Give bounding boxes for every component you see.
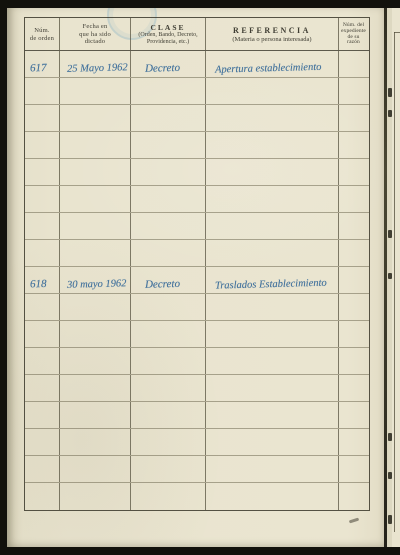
cell-expediente — [339, 402, 368, 428]
header-text: Núm. — [34, 27, 49, 35]
handwritten-entry: Decreto — [145, 62, 205, 75]
cell-expediente — [339, 321, 368, 347]
handwritten-entry — [67, 467, 130, 469]
cell-referencia — [206, 213, 339, 239]
handwritten-entry — [30, 414, 59, 415]
registry-table: Núm. de orden Fecha en que ha sido dicta… — [24, 17, 370, 511]
handwritten-entry — [215, 439, 338, 442]
stitch-mark — [388, 273, 392, 279]
cell-num-orden — [25, 294, 60, 320]
cell-clase — [131, 78, 206, 104]
header-title: REFERENCIA — [233, 26, 311, 36]
cell-expediente — [339, 78, 368, 104]
handwritten-entry — [30, 333, 59, 334]
cell-expediente — [339, 132, 368, 158]
cell-referencia — [206, 159, 339, 185]
handwritten-entry — [339, 63, 368, 64]
cell-referencia — [206, 402, 339, 428]
cell-expediente — [339, 51, 368, 77]
header-expediente: Núm. del expediente de su razón — [339, 18, 368, 50]
handwritten-entry — [67, 197, 130, 199]
cell-fecha — [60, 348, 131, 374]
handwritten-entry — [215, 250, 338, 253]
cell-num-orden — [25, 213, 60, 239]
handwritten-entry — [339, 117, 368, 118]
handwritten-entry — [215, 385, 338, 388]
header-text: dictado — [85, 38, 106, 46]
table-row — [25, 402, 369, 429]
cell-fecha — [60, 375, 131, 401]
header-clase: CLASE (Orden, Bando, Decreto, Providenci… — [131, 18, 206, 50]
cell-num-orden — [25, 132, 60, 158]
handwritten-entry — [215, 169, 338, 172]
handwritten-entry — [339, 414, 368, 415]
cell-clase — [131, 159, 206, 185]
handwritten-entry — [339, 468, 368, 469]
handwritten-entry — [145, 89, 205, 91]
handwritten-entry — [30, 90, 59, 91]
cell-referencia — [206, 105, 339, 131]
stitch-mark — [388, 515, 392, 524]
table-row — [25, 294, 369, 321]
cell-num-orden — [25, 321, 60, 347]
table-row: 618 30 mayo 1962 Decreto Traslados Estab… — [25, 267, 369, 294]
cell-fecha — [60, 402, 131, 428]
table-row — [25, 78, 369, 105]
cell-referencia — [206, 483, 339, 510]
cell-num-orden — [25, 105, 60, 131]
cell-clase — [131, 213, 206, 239]
handwritten-entry — [339, 90, 368, 91]
handwritten-entry: 25 Mayo 1962 — [67, 62, 130, 75]
cell-clase: Decreto — [131, 267, 206, 293]
handwritten-entry — [67, 305, 130, 307]
cell-num-orden: 617 — [25, 51, 60, 77]
cell-referencia — [206, 321, 339, 347]
stitch-mark — [388, 110, 392, 117]
cell-fecha — [60, 483, 131, 510]
handwritten-entry — [30, 468, 59, 469]
handwritten-entry — [339, 441, 368, 442]
handwritten-entry — [339, 225, 368, 226]
next-page-table-line — [394, 32, 400, 33]
cell-expediente — [339, 375, 368, 401]
cell-num-orden — [25, 375, 60, 401]
handwritten-entry — [145, 224, 205, 226]
cell-expediente — [339, 348, 368, 374]
handwritten-entry — [215, 115, 338, 118]
handwritten-entry — [145, 251, 205, 253]
cell-clase — [131, 321, 206, 347]
handwritten-entry — [145, 494, 205, 496]
cell-referencia — [206, 186, 339, 212]
cell-fecha — [60, 240, 131, 266]
cell-clase — [131, 375, 206, 401]
cell-clase — [131, 429, 206, 455]
handwritten-entry — [30, 225, 59, 226]
handwritten-entry — [215, 493, 338, 496]
handwritten-entry — [339, 306, 368, 307]
cell-expediente — [339, 105, 368, 131]
cell-num-orden — [25, 348, 60, 374]
cell-clase — [131, 105, 206, 131]
handwritten-entry — [145, 143, 205, 145]
cell-fecha: 30 mayo 1962 — [60, 267, 131, 293]
handwritten-entry — [339, 333, 368, 334]
stitch-mark — [388, 472, 392, 479]
cell-clase — [131, 186, 206, 212]
cell-referencia — [206, 78, 339, 104]
header-text: Fecha en — [83, 23, 108, 31]
handwritten-entry — [67, 494, 130, 496]
cell-clase: Decreto — [131, 51, 206, 77]
table-row: 617 25 Mayo 1962 Decreto Apertura establ… — [25, 51, 369, 78]
handwritten-entry — [339, 495, 368, 496]
handwritten-entry — [145, 467, 205, 469]
cell-num-orden — [25, 429, 60, 455]
header-fecha: Fecha en que ha sido dictado — [60, 18, 131, 50]
handwritten-entry — [145, 359, 205, 361]
cell-expediente — [339, 294, 368, 320]
handwritten-entry — [30, 360, 59, 361]
cell-num-orden — [25, 186, 60, 212]
handwritten-entry — [145, 116, 205, 118]
handwritten-entry — [145, 413, 205, 415]
handwritten-entry — [339, 387, 368, 388]
header-referencia: REFERENCIA (Materia o persona interesada… — [206, 18, 339, 50]
cell-referencia: Apertura establecimiento — [206, 51, 339, 77]
handwritten-entry: 617 — [30, 63, 59, 75]
handwritten-entry — [67, 440, 130, 442]
header-text: razón — [347, 40, 360, 46]
table-row — [25, 159, 369, 186]
table-header-row: Núm. de orden Fecha en que ha sido dicta… — [25, 18, 369, 51]
handwritten-entry: Decreto — [145, 278, 205, 291]
cell-referencia — [206, 429, 339, 455]
cell-num-orden — [25, 240, 60, 266]
header-text: de orden — [30, 35, 54, 43]
handwritten-entry — [215, 196, 338, 199]
cell-fecha — [60, 132, 131, 158]
header-subtext: (Orden, Bando, Decreto, — [138, 32, 197, 39]
handwritten-entry — [145, 386, 205, 388]
table-row — [25, 375, 369, 402]
cell-fecha — [60, 321, 131, 347]
cell-referencia — [206, 456, 339, 482]
cell-expediente — [339, 429, 368, 455]
cell-fecha: 25 Mayo 1962 — [60, 51, 131, 77]
cell-expediente — [339, 267, 368, 293]
handwritten-entry — [145, 197, 205, 199]
table-row — [25, 213, 369, 240]
cell-clase — [131, 348, 206, 374]
cell-fecha — [60, 456, 131, 482]
handwritten-entry: 30 mayo 1962 — [67, 278, 130, 291]
handwritten-entry — [145, 305, 205, 307]
handwritten-entry — [215, 304, 338, 307]
header-text: que ha sido — [79, 31, 111, 39]
handwritten-entry — [30, 252, 59, 253]
cell-clase — [131, 294, 206, 320]
handwritten-entry: Apertura establecimiento — [215, 61, 338, 75]
cell-clase — [131, 483, 206, 510]
table-row — [25, 240, 369, 267]
scan-border-bottom — [0, 547, 400, 555]
cell-fecha — [60, 105, 131, 131]
handwritten-entry — [30, 495, 59, 496]
cell-fecha — [60, 429, 131, 455]
cell-expediente — [339, 186, 368, 212]
table-row — [25, 321, 369, 348]
handwritten-entry — [215, 223, 338, 226]
handwritten-entry — [67, 386, 130, 388]
cell-num-orden — [25, 159, 60, 185]
handwritten-entry — [67, 413, 130, 415]
header-subtext: Providencia, etc.) — [147, 39, 189, 46]
handwritten-entry — [215, 466, 338, 469]
stitch-mark — [388, 433, 392, 441]
handwritten-entry — [215, 358, 338, 361]
cell-expediente — [339, 483, 368, 510]
handwritten-entry — [215, 88, 338, 91]
cell-clase — [131, 402, 206, 428]
cell-referencia — [206, 375, 339, 401]
cell-expediente — [339, 456, 368, 482]
handwritten-entry — [339, 171, 368, 172]
cell-fecha — [60, 294, 131, 320]
cell-referencia — [206, 294, 339, 320]
cell-referencia — [206, 240, 339, 266]
handwritten-entry — [67, 251, 130, 253]
handwritten-entry — [30, 198, 59, 199]
cell-expediente — [339, 159, 368, 185]
handwritten-entry — [67, 170, 130, 172]
handwritten-entry — [339, 252, 368, 253]
handwritten-entry — [339, 144, 368, 145]
cell-num-orden — [25, 402, 60, 428]
header-title: CLASE — [150, 23, 185, 32]
stitch-mark — [388, 88, 392, 97]
handwritten-entry — [339, 279, 368, 280]
handwritten-entry: Traslados Establecimiento — [215, 277, 338, 291]
handwritten-entry — [30, 387, 59, 388]
table-row — [25, 483, 369, 510]
cell-num-orden: 618 — [25, 267, 60, 293]
table-row — [25, 105, 369, 132]
cell-fecha — [60, 78, 131, 104]
handwritten-entry — [30, 306, 59, 307]
cell-referencia — [206, 132, 339, 158]
handwritten-entry — [215, 142, 338, 145]
handwritten-entry — [67, 224, 130, 226]
handwritten-entry — [67, 332, 130, 334]
handwritten-entry — [30, 441, 59, 442]
handwritten-entry — [30, 144, 59, 145]
cell-clase — [131, 240, 206, 266]
cell-num-orden — [25, 456, 60, 482]
cell-expediente — [339, 213, 368, 239]
table-row — [25, 429, 369, 456]
header-subtext: (Materia o persona interesada) — [232, 36, 311, 44]
cell-fecha — [60, 213, 131, 239]
cell-referencia — [206, 348, 339, 374]
page-edge — [392, 5, 400, 550]
handwritten-entry — [67, 143, 130, 145]
table-row — [25, 456, 369, 483]
cell-expediente — [339, 240, 368, 266]
cell-fecha — [60, 159, 131, 185]
handwritten-entry — [67, 116, 130, 118]
cell-num-orden — [25, 483, 60, 510]
handwritten-entry — [145, 170, 205, 172]
handwritten-entry — [30, 171, 59, 172]
header-num-orden: Núm. de orden — [25, 18, 60, 50]
scan-border-left — [0, 0, 7, 555]
cell-referencia: Traslados Establecimiento — [206, 267, 339, 293]
handwritten-entry — [67, 89, 130, 91]
table-row — [25, 348, 369, 375]
table-row — [25, 132, 369, 159]
handwritten-entry: 618 — [30, 279, 59, 291]
handwritten-entry — [215, 412, 338, 415]
cell-fecha — [60, 186, 131, 212]
handwritten-entry — [67, 359, 130, 361]
cell-num-orden — [25, 78, 60, 104]
handwritten-entry — [215, 331, 338, 334]
stitch-mark — [388, 230, 392, 238]
scan-border-top — [0, 0, 400, 8]
handwritten-entry — [339, 198, 368, 199]
next-page-table-line — [394, 32, 395, 532]
table-row — [25, 186, 369, 213]
handwritten-entry — [30, 117, 59, 118]
cell-clase — [131, 456, 206, 482]
handwritten-entry — [339, 360, 368, 361]
handwritten-entry — [145, 332, 205, 334]
handwritten-entry — [145, 440, 205, 442]
cell-clase — [131, 132, 206, 158]
table-body: 617 25 Mayo 1962 Decreto Apertura establ… — [25, 51, 369, 510]
